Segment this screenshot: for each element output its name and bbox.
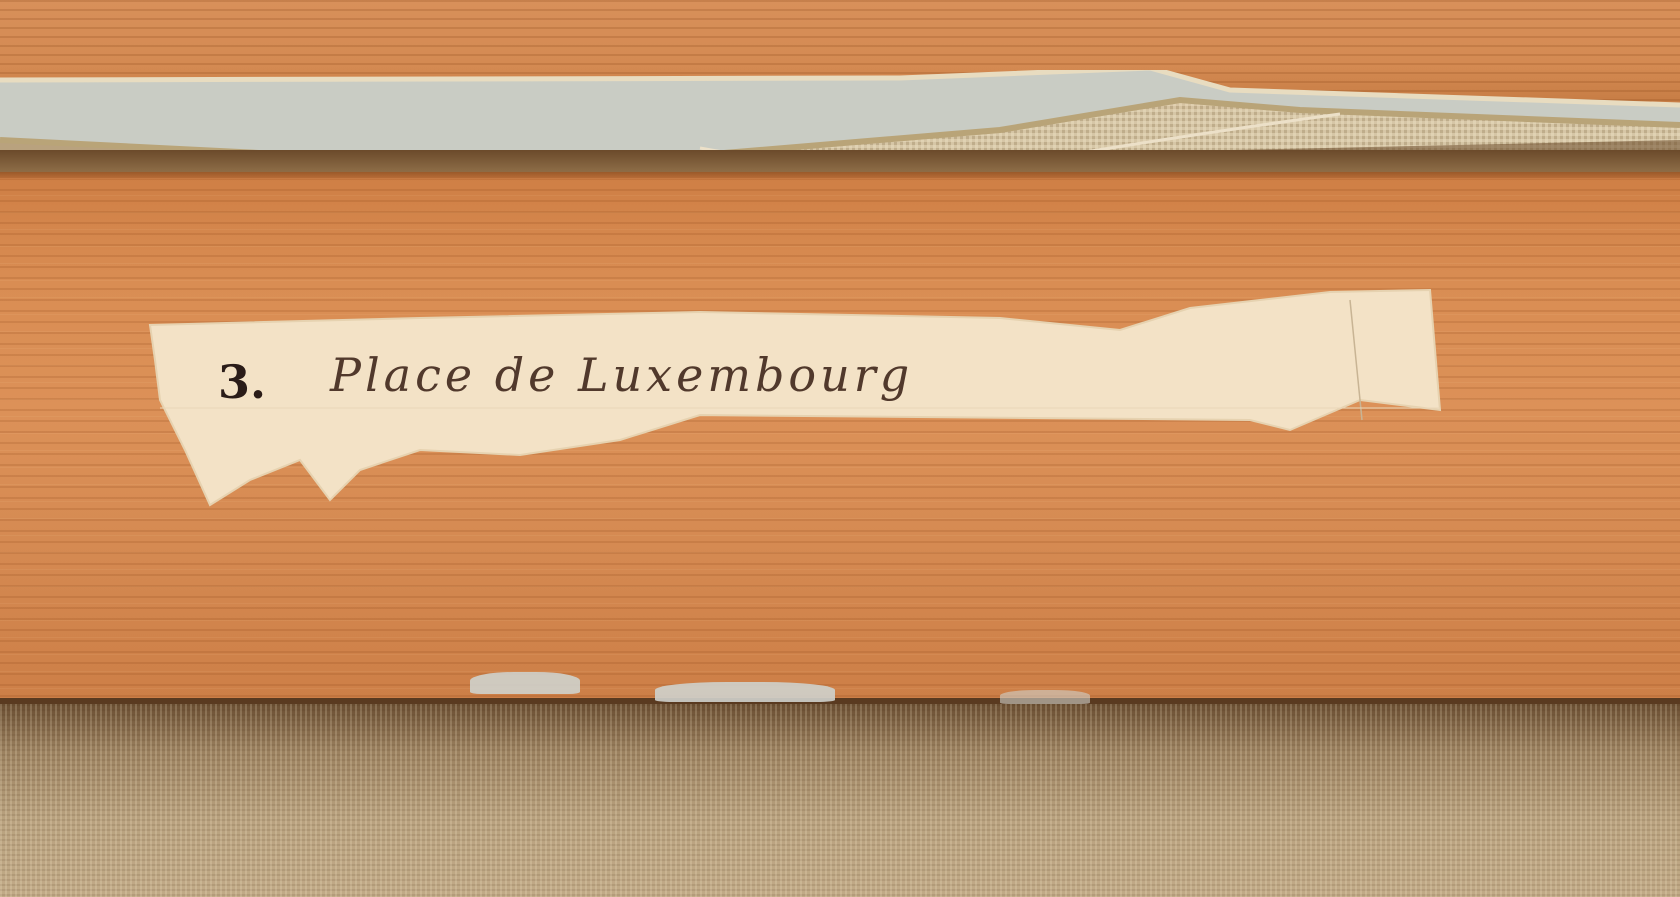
paint-chip: [470, 672, 580, 694]
paint-chip: [655, 682, 835, 702]
photo-scene: 3. Place de Luxembourg: [0, 0, 1680, 897]
paint-chip: [1000, 690, 1090, 704]
canvas-backing: [0, 704, 1680, 897]
label-inscription: Place de Luxembourg: [330, 348, 913, 402]
label-number: 3.: [218, 355, 266, 409]
